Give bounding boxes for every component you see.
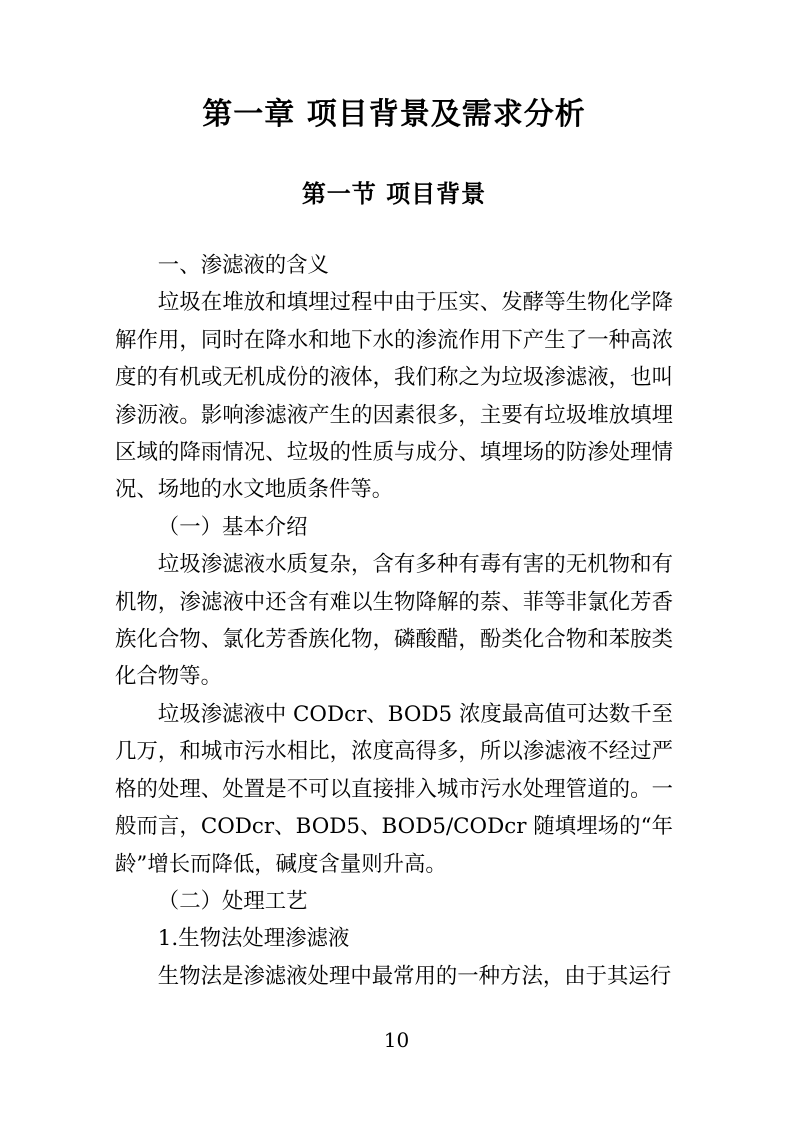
document-content: 第一章 项目背景及需求分析 第一节 项目背景 一、渗滤液的含义垃圾在堆放和填埋过…: [115, 0, 673, 995]
chapter-title: 第一章 项目背景及需求分析: [115, 95, 673, 135]
paragraph: 垃圾渗滤液水质复杂，含有多种有毒有害的无机物和有机物，渗滤液中还含有难以生物降解…: [115, 546, 673, 696]
document-body: 一、渗滤液的含义垃圾在堆放和填埋过程中由于压实、发酵等生物化学降解作用，同时在降…: [115, 247, 673, 995]
sub-heading: （二）处理工艺: [115, 883, 673, 920]
document-page: 第一章 项目背景及需求分析 第一节 项目背景 一、渗滤液的含义垃圾在堆放和填埋过…: [0, 0, 793, 1122]
page-number: 10: [0, 1026, 793, 1054]
section-title: 第一节 项目背景: [115, 179, 673, 210]
paragraph: 生物法是渗滤液处理中最常用的一种方法，由于其运行: [115, 958, 673, 995]
sub-heading: 一、渗滤液的含义: [115, 247, 673, 284]
paragraph: 垃圾在堆放和填埋过程中由于压实、发酵等生物化学降解作用，同时在降水和地下水的渗流…: [115, 284, 673, 508]
paragraph: 垃圾渗滤液中 CODcr、BOD5 浓度最高值可达数千至几万，和城市污水相比，浓…: [115, 696, 673, 883]
sub-heading: 1.生物法处理渗滤液: [115, 920, 673, 957]
sub-heading: （一）基本介绍: [115, 509, 673, 546]
